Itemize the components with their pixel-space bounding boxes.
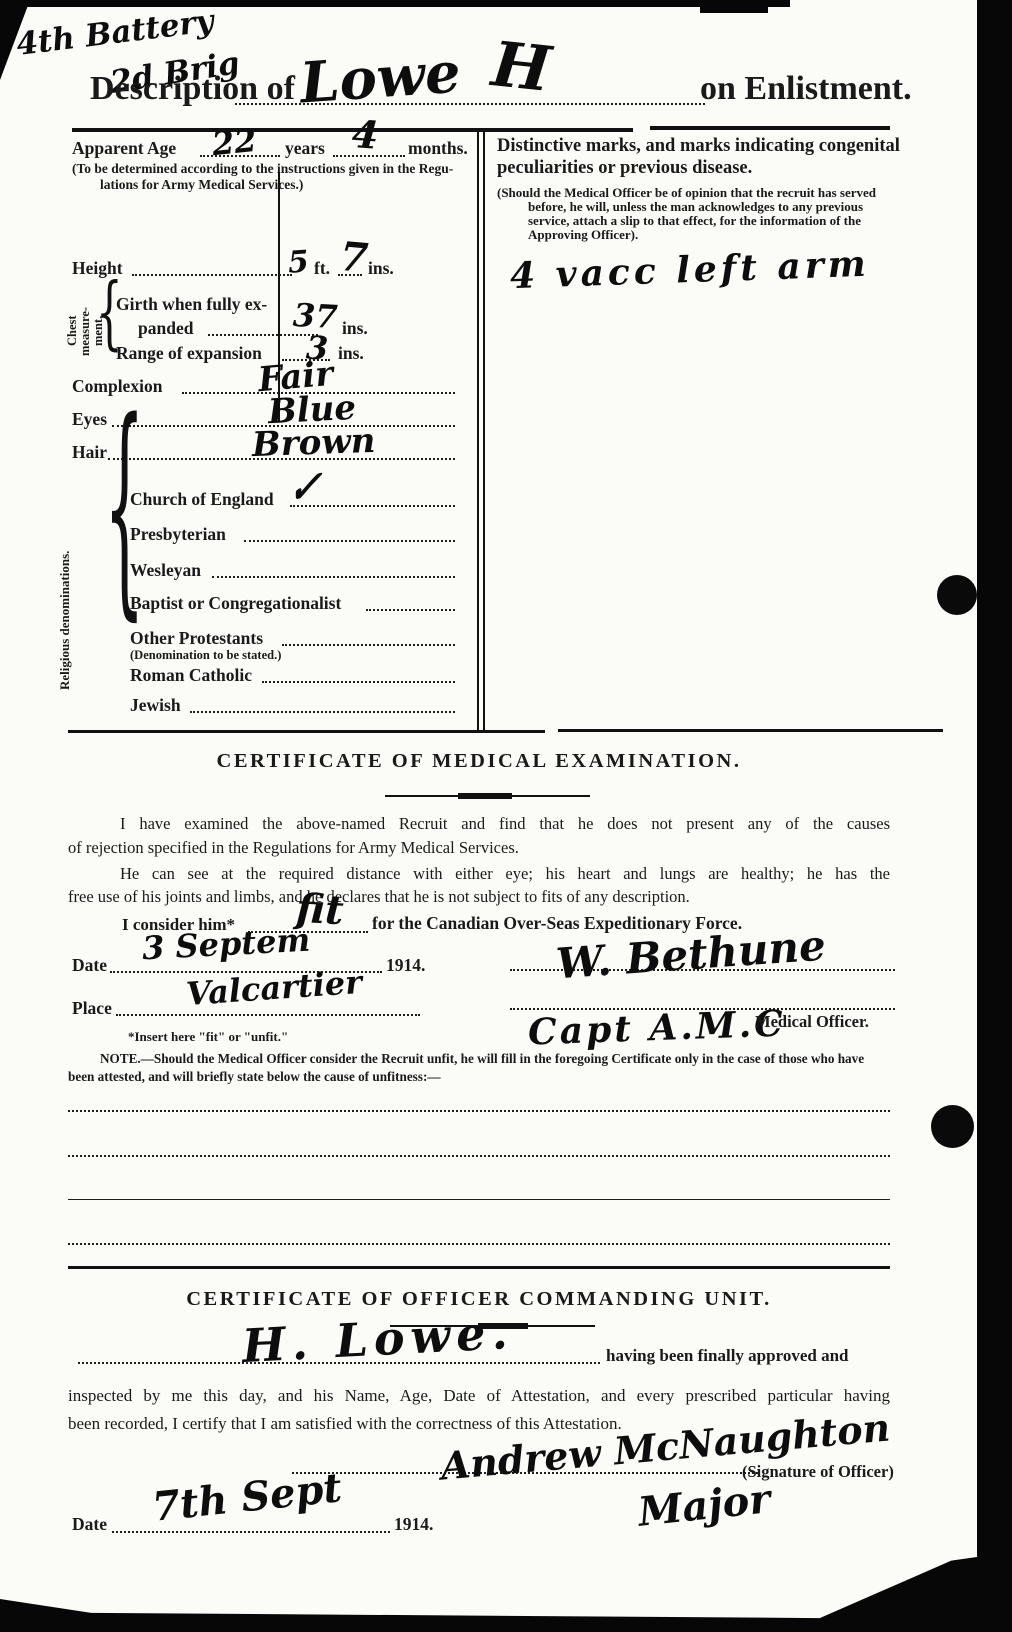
- insert-note: *Insert here "fit" or "unfit.": [128, 1030, 288, 1045]
- eyes-label: Eyes: [72, 409, 107, 430]
- marks-heading-2: peculiarities or previous disease.: [497, 158, 752, 179]
- medical-note-2: been attested, and will briefly state be…: [68, 1070, 441, 1085]
- officer-name-value: H. Lowe.: [241, 1309, 514, 1369]
- title-rule-right: [650, 126, 890, 130]
- apparent-age-years-value: 22: [210, 124, 258, 160]
- medical-para1-line1: I have examined the above-named Recruit …: [68, 812, 890, 835]
- height-dots: [132, 274, 292, 276]
- medical-signature-caption: Medical Officer.: [755, 1012, 869, 1032]
- title-suffix: on Enlistment.: [700, 70, 912, 108]
- marks-heading-1: Distinctive marks, and marks indicating …: [497, 136, 900, 157]
- church-of-england-checkmark: ✓: [287, 465, 323, 510]
- scan-border-bottom: [0, 1545, 1012, 1632]
- blank-line-3: [68, 1199, 890, 1200]
- officer-date-year: 1914.: [394, 1514, 433, 1535]
- apparent-age-years-word: years: [285, 138, 325, 159]
- hair-label: Hair: [72, 442, 107, 463]
- religion-jewish-dots: [190, 711, 455, 713]
- blank-line-1: [68, 1110, 890, 1112]
- religion-roman-catholic: Roman Catholic: [130, 665, 252, 686]
- hole-punch-bottom: [931, 1105, 974, 1148]
- medical-para2-line1: He can see at the required distance with…: [68, 862, 890, 885]
- medical-note-1: NOTE.—Should the Medical Officer conside…: [100, 1052, 864, 1067]
- scan-border-top: [0, 0, 790, 7]
- hair-value: Brown: [251, 424, 375, 462]
- blank-line-5: [68, 1266, 890, 1269]
- description-bottom-rule-left: [68, 730, 545, 733]
- officer-date-label: Date: [72, 1514, 107, 1535]
- medical-para2-line2: free use of his joints and limbs, and he…: [68, 885, 890, 908]
- hole-punch-top: [937, 575, 977, 615]
- title-name-script: Lowe: [298, 44, 462, 111]
- officer-line2: inspected by me this day, and his Name, …: [68, 1384, 890, 1407]
- girth-units: ins.: [342, 318, 368, 339]
- medical-date-value: 3 Septem: [141, 924, 311, 965]
- medical-date-label: Date: [72, 955, 107, 976]
- apparent-age-note-1: (To be determined according to the instr…: [72, 162, 453, 177]
- scanned-attestation-form: 4th Battery 2d Brig Description of Lowe …: [0, 0, 1012, 1632]
- girth-label-1: Girth when fully ex-: [116, 294, 267, 315]
- medical-place-value: Valcartier: [185, 966, 363, 1010]
- religion-wesleyan-dots: [212, 576, 455, 578]
- range-label: Range of expansion: [116, 343, 262, 364]
- marks-note-4: Approving Officer).: [528, 228, 638, 243]
- title-initial-script: H: [489, 33, 554, 101]
- scan-border-top-blob: [700, 0, 768, 13]
- medical-date-year: 1914.: [386, 955, 425, 976]
- range-units: ins.: [338, 343, 364, 364]
- religion-wesleyan: Wesleyan: [130, 560, 201, 581]
- religion-presbyterian-dots: [244, 540, 455, 542]
- chest-group-label: Chest measure- ment.: [66, 292, 96, 370]
- religion-jewish: Jewish: [130, 695, 181, 716]
- column-divider-a: [477, 130, 479, 731]
- religion-other-note: (Denomination to be stated.): [130, 648, 281, 663]
- blank-line-4: [68, 1243, 890, 1245]
- scan-border-right: [977, 0, 1012, 1632]
- girth-label-2: panded: [138, 318, 193, 339]
- religion-presbyterian: Presbyterian: [130, 524, 226, 545]
- officer-date-value: 7th Sept: [150, 1468, 343, 1528]
- officer-date-dots: [112, 1531, 390, 1533]
- medical-place-label: Place: [72, 998, 112, 1019]
- officer-line1-suffix: having been finally approved and: [606, 1346, 848, 1366]
- apparent-age-months-word: months.: [408, 138, 468, 159]
- marks-value: 4 vacc left arm: [509, 246, 870, 295]
- religion-baptist-dots: [366, 609, 455, 611]
- religion-other-protestants: Other Protestants: [130, 628, 263, 649]
- religion-church-of-england: Church of England: [130, 489, 274, 510]
- officer-rank: Major: [636, 1479, 772, 1533]
- apparent-age-months-value: 4: [351, 115, 380, 155]
- religion-baptist: Baptist or Congregationalist: [130, 593, 341, 614]
- medical-heading-ornament-bar: [458, 793, 512, 799]
- blank-line-2: [68, 1155, 890, 1157]
- height-ins-value: 7: [338, 237, 369, 279]
- column-divider-b: [483, 130, 485, 731]
- height-ft-label: ft.: [314, 258, 330, 279]
- medical-officer-rank: Capt A.M.C: [527, 1006, 786, 1051]
- apparent-age-label: Apparent Age: [72, 138, 176, 159]
- medical-para1-line2: of rejection specified in the Regulation…: [68, 836, 890, 859]
- height-ins-label: ins.: [368, 258, 394, 279]
- religion-other-dots: [282, 644, 455, 646]
- apparent-age-note-2: lations for Army Medical Services.): [100, 178, 303, 193]
- religion-catholic-dots: [262, 681, 455, 683]
- religion-group-label: Religious denominations.: [58, 540, 90, 700]
- medical-certificate-heading: CERTIFICATE OF MEDICAL EXAMINATION.: [68, 750, 890, 773]
- medical-place-dots: [116, 1014, 420, 1016]
- description-bottom-rule-right: [558, 729, 943, 732]
- height-ft-value: 5: [287, 247, 310, 278]
